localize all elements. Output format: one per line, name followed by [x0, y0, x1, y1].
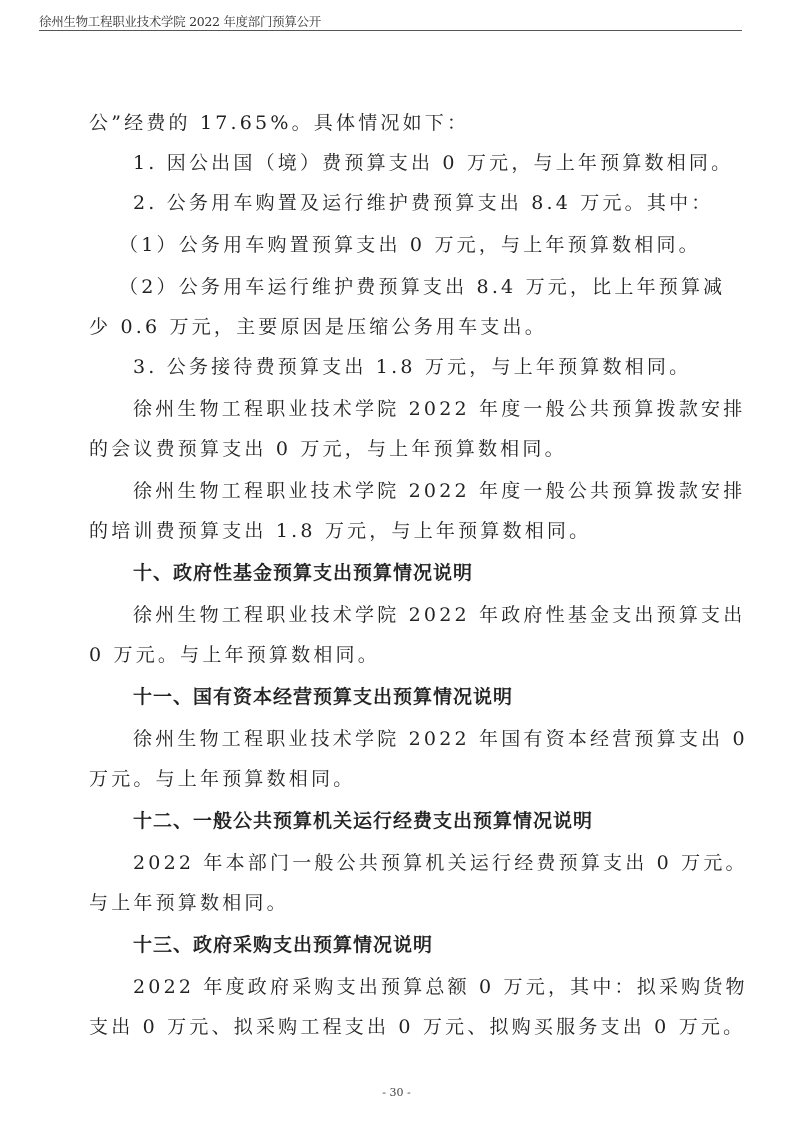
paragraph-line: 2022 年本部门一般公共预算机关运行经费预算支出 0 万元。 [133, 848, 748, 875]
paragraph-line: 3. 公务接待费预算支出 1.8 万元，与上年预算数相同。 [133, 352, 691, 379]
header-title: 徐州生物工程职业技术学院 2022 年度部门预算公开 [39, 12, 321, 30]
page-number: - 30 - [0, 1086, 793, 1099]
paragraph-line: 1. 因公出国（境）费预算支出 0 万元，与上年预算数相同。 [133, 148, 733, 175]
section-heading: 十、政府性基金预算支出预算情况说明 [133, 558, 473, 585]
paragraph-line: 支出 0 万元、拟采购工程支出 0 万元、拟购买服务支出 0 万元。 [89, 1012, 745, 1039]
paragraph-line: 的会议费预算支出 0 万元，与上年预算数相同。 [89, 434, 567, 461]
paragraph-line: 徐州生物工程职业技术学院 2022 年政府性基金支出预算支出 [133, 600, 745, 627]
paragraph-line: 0 万元。与上年预算数相同。 [89, 640, 380, 667]
paragraph-line: 的培训费预算支出 1.8 万元，与上年预算数相同。 [89, 516, 591, 543]
section-heading: 十二、一般公共预算机关运行经费支出预算情况说明 [133, 806, 593, 833]
paragraph-line: 与上年预算数相同。 [89, 888, 289, 915]
section-heading: 十三、政府采购支出预算情况说明 [133, 930, 433, 957]
paragraph-line: 2. 公务用车购置及运行维护费预算支出 8.4 万元。其中： [133, 188, 713, 215]
paragraph-line: 少 0.6 万元，主要原因是压缩公务用车支出。 [89, 312, 547, 339]
paragraph-line: 徐州生物工程职业技术学院 2022 年度一般公共预算拨款安排 [133, 394, 745, 421]
paragraph-line: 徐州生物工程职业技术学院 2022 年度一般公共预算拨款安排 [133, 476, 745, 503]
paragraph-line: 徐州生物工程职业技术学院 2022 年国有资本经营预算支出 0 [133, 724, 748, 751]
page-header: 徐州生物工程职业技术学院 2022 年度部门预算公开 [39, 6, 742, 31]
paragraph-line: 2022 年度政府采购支出预算总额 0 万元，其中：拟采购货物 [133, 972, 748, 999]
paragraph-line: （1）公务用车购置预算支出 0 万元，与上年预算数相同。 [119, 230, 701, 257]
paragraph-line: （2）公务用车运行维护费预算支出 8.4 万元，比上年预算减 [119, 272, 725, 299]
paragraph-line: 万元。与上年预算数相同。 [89, 764, 355, 791]
section-heading: 十一、国有资本经营预算支出预算情况说明 [133, 682, 513, 709]
paragraph-line: 公”经费的 17.65%。具体情况如下： [89, 108, 469, 135]
